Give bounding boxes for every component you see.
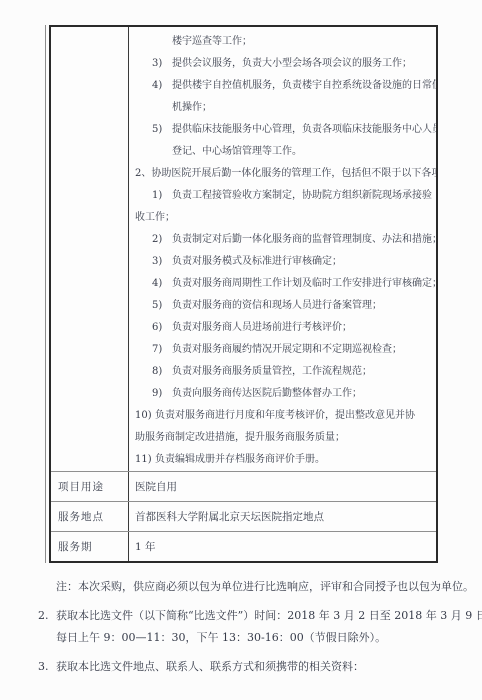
row-label: 项目用途 [58, 479, 104, 494]
service-content-line: 7)负责对服务商履约情况开展定期和不定期巡视检查； [135, 339, 434, 361]
list-marker: 2) [152, 229, 172, 251]
line-text: 机操作； [172, 102, 212, 113]
line-text: 负责对服务模式及标准进行审核确定； [172, 256, 342, 267]
line-text: 收工作； [135, 212, 175, 223]
list-marker: 8) [152, 361, 172, 383]
service-content-line: 5)负责对服务商的资信和现场人员进行备案管理； [135, 295, 434, 317]
procurement-info-table: 楼宇巡查等工作；3)提供会议服务，负责大小型会场各项会议的服务工作；4)提供楼宇… [49, 25, 438, 563]
line-text: 负责对服务商服务质量管控，工作流程规范； [172, 366, 372, 377]
list-marker: 5) [152, 119, 172, 141]
service-content-line: 1)负责工程接管验收方案制定，协助院方组织新院现场承接验 [135, 185, 434, 207]
line-text: 负责对服务商履约情况开展定期和不定期巡视检查； [172, 344, 402, 355]
list-marker: 7) [152, 339, 172, 361]
row-value: 1 年 [135, 539, 156, 554]
notes-section: 注：本次采购，供应商必须以包为单位进行比选响应，评审和合同授予也以包为单位。 2… [0, 576, 482, 678]
service-content-row: 楼宇巡查等工作；3)提供会议服务，负责大小型会场各项会议的服务工作；4)提供楼宇… [51, 27, 436, 471]
service-content-line: 4)负责对服务商周期性工作计划及临时工作安排进行审核确定； [135, 273, 434, 295]
service-content-line: 4)提供楼宇自控值机服务，负责楼宇自控系统设备设施的日常值 [135, 75, 434, 97]
list-marker: 11) [135, 449, 155, 471]
line-text: 负责对服务商人员进场前进行考核评价； [172, 322, 352, 333]
row-label: 服务期 [58, 539, 93, 554]
table-row: 服务期 1 年 [51, 531, 436, 561]
line-text: 提供楼宇自控值机服务，负责楼宇自控系统设备设施的日常值 [172, 80, 436, 91]
document-page: 楼宇巡查等工作；3)提供会议服务，负责大小型会场各项会议的服务工作；4)提供楼宇… [0, 0, 482, 700]
service-content-line: 10)负责对服务商进行月度和年度考核评价，提出整改意见并协 [135, 405, 434, 427]
service-content-line: 3)负责对服务模式及标准进行审核确定； [135, 251, 434, 273]
paragraph-number: 3. [38, 656, 49, 678]
service-content-line: 2)负责制定对后勤一体化服务商的监督管理制度、办法和措施； [135, 229, 434, 251]
service-content-line: 2、协助医院开展后勤一体化服务的管理工作，包括但不限于以下各项： [135, 163, 434, 185]
row-value: 医院自用 [135, 479, 177, 494]
service-content-line: 8)负责对服务商服务质量管控，工作流程规范； [135, 361, 434, 383]
service-content-line: 3)提供会议服务，负责大小型会场各项会议的服务工作； [135, 53, 434, 75]
line-text: 负责对服务商进行月度和年度考核评价，提出整改意见并协 [155, 410, 415, 421]
list-marker: 9) [152, 383, 172, 405]
line-text: 负责工程接管验收方案制定，协助院方组织新院现场承接验 [172, 190, 432, 201]
procurement-note: 注：本次采购，供应商必须以包为单位进行比选响应，评审和合同授予也以包为单位。 [0, 576, 482, 598]
numbered-paragraph-line: 2.获取本比选文件（以下简称“比选文件”）时间：2018 年 3 月 2 日至 … [0, 605, 482, 627]
service-content-line: 机操作； [135, 97, 434, 119]
service-content-line: 11)负责编辑成册并存档服务商评价手册。 [135, 449, 434, 471]
line-text: 负责制定对后勤一体化服务商的监督管理制度、办法和措施； [172, 234, 436, 245]
list-marker: 10) [135, 405, 155, 427]
service-content-line: 9)负责向服务商传达医院后勤整体督办工作； [135, 383, 434, 405]
service-content-line: 登记、中心场馆管理等工作。 [135, 141, 434, 163]
row-value-cell: 医院自用 [129, 472, 436, 501]
service-content-line: 5)提供临床技能服务中心管理，负责各项临床技能服务中心人员 [135, 119, 434, 141]
paragraph-text: 获取本比选文件（以下简称“比选文件”）时间：2018 年 3 月 2 日至 20… [56, 609, 482, 622]
line-text: 提供临床技能服务中心管理，负责各项临床技能服务中心人员 [172, 124, 436, 135]
list-marker: 3) [152, 53, 172, 75]
service-content-line: 楼宇巡查等工作； [135, 31, 434, 53]
line-text: 负责对服务商的资信和现场人员进行备案管理； [172, 300, 382, 311]
list-marker: 1) [152, 185, 172, 207]
line-text: 登记、中心场馆管理等工作。 [172, 146, 302, 157]
paragraph-text: 每日上午 9：00—11：30，下午 13：30-16：00（节假日除外）。 [56, 631, 386, 644]
row-label-cell: 服务地点 [51, 502, 129, 531]
numbered-paragraph-line: 每日上午 9：00—11：30，下午 13：30-16：00（节假日除外）。 [0, 627, 482, 649]
service-content-line: 6)负责对服务商人员进场前进行考核评价； [135, 317, 434, 339]
table-row: 服务地点 首都医科大学附属北京天坛医院指定地点 [51, 501, 436, 531]
list-marker: 5) [152, 295, 172, 317]
list-marker: 4) [152, 273, 172, 295]
line-text: 2、协助医院开展后勤一体化服务的管理工作，包括但不限于以下各项： [135, 168, 436, 179]
row-label-cell: 服务期 [51, 532, 129, 561]
line-text: 负责对服务商周期性工作计划及临时工作安排进行审核确定； [172, 278, 436, 289]
table-row: 项目用途 医院自用 [51, 471, 436, 501]
numbered-paragraph-line: 3.获取本比选文件地点、联系人、联系方式和须携带的相关资料： [0, 656, 482, 678]
row-value: 首都医科大学附属北京天坛医院指定地点 [135, 509, 324, 524]
line-text: 楼宇巡查等工作； [172, 36, 252, 47]
row-label-cell: 项目用途 [51, 472, 129, 501]
list-marker: 3) [152, 251, 172, 273]
line-text: 负责向服务商传达医院后勤整体督办工作； [172, 388, 362, 399]
service-content-line: 助服务商制定改进措施，提升服务商服务质量； [135, 427, 434, 449]
service-content-line: 收工作； [135, 207, 434, 229]
line-text: 负责编辑成册并存档服务商评价手册。 [155, 454, 325, 465]
paragraph-text: 获取本比选文件地点、联系人、联系方式和须携带的相关资料： [56, 660, 364, 673]
list-marker: 4) [152, 75, 172, 97]
line-text: 助服务商制定改进措施，提升服务商服务质量； [135, 432, 345, 443]
service-content-label-cell [51, 27, 129, 471]
service-content-cell: 楼宇巡查等工作；3)提供会议服务，负责大小型会场各项会议的服务工作；4)提供楼宇… [129, 27, 436, 471]
row-label: 服务地点 [58, 509, 104, 524]
line-text: 提供会议服务，负责大小型会场各项会议的服务工作； [172, 58, 412, 69]
paragraph-number: 2. [38, 605, 49, 627]
row-value-cell: 1 年 [129, 532, 436, 561]
list-marker: 6) [152, 317, 172, 339]
row-value-cell: 首都医科大学附属北京天坛医院指定地点 [129, 502, 436, 531]
